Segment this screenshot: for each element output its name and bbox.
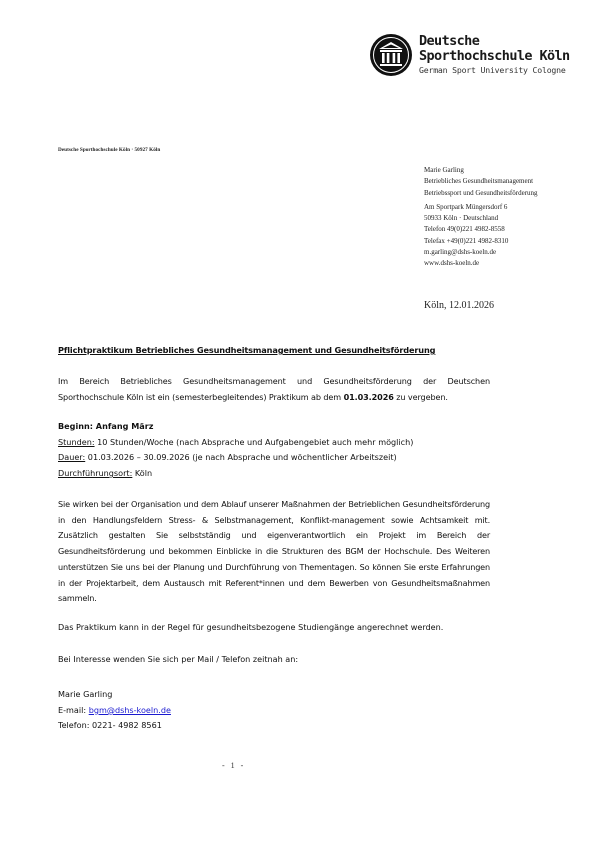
detail-ort: Durchführungsort: Köln — [58, 466, 490, 482]
email-link[interactable]: bgm@dshs-koeln.de — [89, 705, 171, 715]
email-label: E-mail: — [58, 705, 89, 715]
signature-email-line: E-mail: bgm@dshs-koeln.de — [58, 703, 490, 719]
contact-email: m.garling@dshs-koeln.de — [424, 247, 538, 258]
description-paragraph: Sie wirken bei der Organisation und dem … — [58, 497, 490, 607]
contact-block: Marie Garling Betriebliches Gesundheitsm… — [424, 165, 538, 270]
letter-date: Köln, 12.01.2026 — [424, 300, 494, 311]
ort-label: Durchführungsort: — [58, 468, 132, 478]
signature-name: Marie Garling — [58, 687, 490, 703]
stunden-value: 10 Stunden/Woche (nach Absprache und Auf… — [95, 437, 414, 447]
intro-text-end: zu vergeben. — [394, 392, 448, 402]
logo-line-3: German Sport University Cologne — [419, 66, 570, 74]
stunden-label: Stunden: — [58, 437, 95, 447]
dauer-value: 01.03.2026 – 30.09.2026 (je nach Absprac… — [85, 452, 396, 462]
sender-address-line: Deutsche Sporthochschule Köln · 50927 Kö… — [58, 147, 160, 153]
credit-note: Das Praktikum kann in der Regel für gesu… — [58, 620, 490, 636]
temple-icon — [369, 33, 413, 77]
contact-phone: Telefon 49(0)221 4982-8558 — [424, 224, 538, 235]
detail-dauer: Dauer: 01.03.2026 – 30.09.2026 (je nach … — [58, 450, 490, 466]
detail-stunden: Stunden: 10 Stunden/Woche (nach Absprach… — [58, 435, 490, 451]
detail-beginn: Beginn: Anfang März — [58, 419, 490, 435]
signature-phone: Telefon: 0221- 4982 8561 — [58, 718, 490, 734]
contact-fax: Telefax +49(0)221 4982-8310 — [424, 236, 538, 247]
start-date: 01.03.2026 — [344, 392, 394, 402]
signature-block: Marie Garling E-mail: bgm@dshs-koeln.de … — [58, 687, 490, 734]
logo-line-1: Deutsche — [419, 35, 570, 49]
ort-value: Köln — [132, 468, 152, 478]
contact-prompt: Bei Interesse wenden Sie sich per Mail /… — [58, 652, 490, 668]
contact-street: Am Sportpark Müngersdorf 6 — [424, 202, 538, 213]
dauer-label: Dauer: — [58, 452, 85, 462]
details-block: Beginn: Anfang März Stunden: 10 Stunden/… — [58, 419, 490, 482]
contact-city: 50933 Köln · Deutschland — [424, 213, 538, 224]
document-title: Pflichtpraktikum Betriebliches Gesundhei… — [58, 343, 490, 359]
logo-line-2: Sporthochschule Köln — [419, 50, 570, 64]
contact-department: Betriebliches Gesundheitsmanagement — [424, 176, 538, 187]
contact-subdepartment: Betriebssport und Gesundheitsförderung — [424, 188, 538, 199]
contact-web: www.dshs-koeln.de — [424, 258, 538, 269]
contact-name: Marie Garling — [424, 165, 538, 176]
intro-paragraph: Im Bereich Betriebliches Gesundheitsmana… — [58, 374, 490, 405]
page-number: - 1 - — [222, 761, 245, 770]
university-logo: Deutsche Sporthochschule Köln German Spo… — [369, 33, 570, 77]
